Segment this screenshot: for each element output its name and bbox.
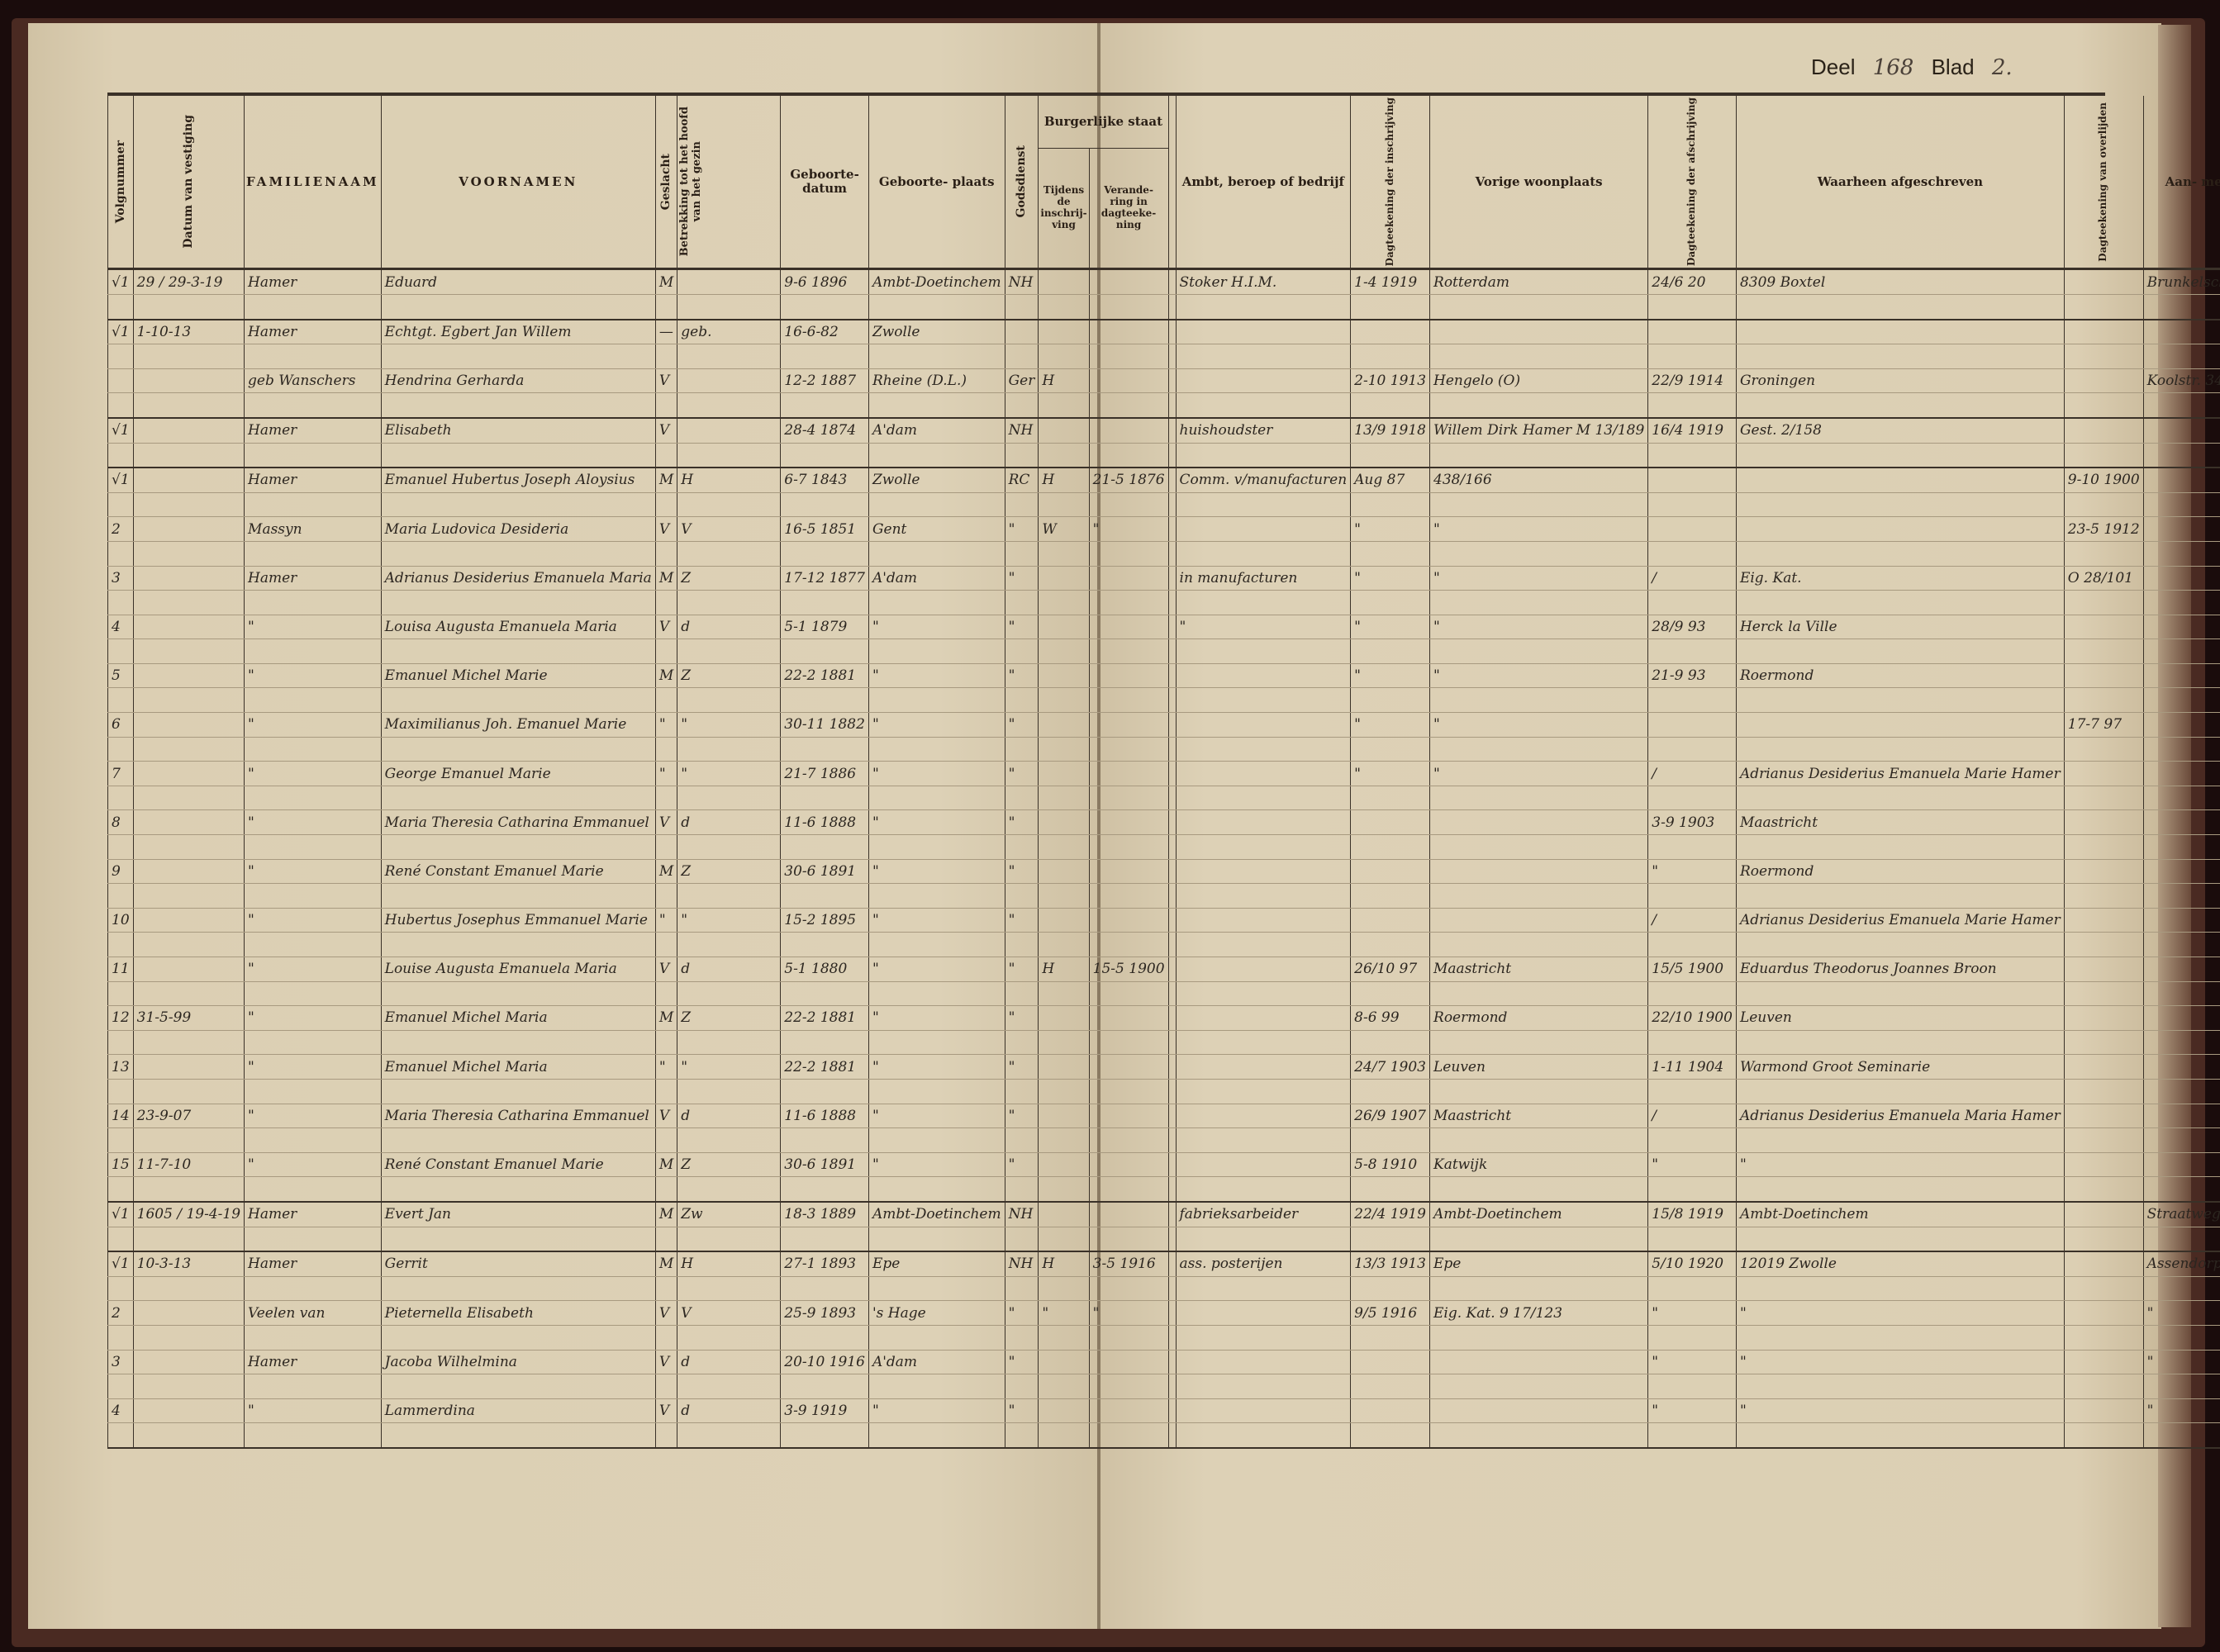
cell-aanmerkingen [2143,737,2220,762]
cell-volgnummer: 8 [108,810,134,835]
entry-row: 4"LammerdinaVd3-9 1919"""""S. 407 20-4-1… [108,1398,2220,1423]
cell-blank [1168,1030,1176,1055]
cell-geboorteplaats [868,443,1005,468]
cell-dagt-inschrijving [1351,541,1430,566]
cell-familienaam [245,541,382,566]
cell-godsdienst: " [1005,566,1039,591]
cell-dagt-overlijden [2064,1030,2143,1055]
cell-betrekking [677,1227,781,1251]
cell-dagt-inschrijving [1351,688,1430,713]
cell-familienaam: Hamer [245,418,382,443]
cell-blank [1168,957,1176,982]
cell-geboorteplaats [868,294,1005,319]
entry-row-cont [108,688,2220,713]
entry-row-cont [108,884,2220,909]
cell-verandering: " [1089,1301,1168,1326]
cell-ambt [1176,957,1351,982]
cell-dagt-overlijden [2064,1202,2143,1227]
cell-ambt [1176,1177,1351,1202]
cell-aanmerkingen: " [2143,1350,2220,1374]
cell-aanmerkingen [2143,859,2220,884]
cell-godsdienst [1005,835,1039,860]
cell-geboorteplaats: " [868,663,1005,688]
cell-aanmerkingen: Assendorper str. 76a [2143,1251,2220,1276]
cell-dagt-afschrijving: 15/8 1919 [1648,1202,1737,1227]
cell-verandering [1089,1276,1168,1301]
population-register-table: Volgnummer Datum van vestiging FAMILIENA… [107,96,2220,1449]
cell-dagt-inschrijving [1351,933,1430,957]
cell-ambt [1176,981,1351,1006]
cell-voornamen: Lammerdina [381,1398,655,1423]
cell-voornamen [381,591,655,615]
cell-tijdens-inschrijving [1039,1079,1089,1104]
cell-geslacht [655,344,677,369]
cell-aanmerkingen [2143,1177,2220,1202]
cell-dagt-inschrijving [1351,1276,1430,1301]
cell-verandering [1089,1227,1168,1251]
cell-geboortedatum: 27-1 1893 [781,1251,869,1276]
cell-dagt-afschrijving [1648,1227,1737,1251]
entry-row-cont [108,393,2220,418]
cell-dagt-overlijden [2064,1374,2143,1399]
cell-blank [1168,294,1176,319]
cell-waarheen: Adrianus Desiderius Emanuela Marie Hamer [1736,762,2064,786]
cell-tijdens-inschrijving [1039,294,1089,319]
cell-ambt [1176,320,1351,344]
cell-geslacht: V [655,1398,677,1423]
cell-dagt-overlijden [2064,1177,2143,1202]
cell-dagt-overlijden [2064,492,2143,517]
cell-ambt [1176,1006,1351,1031]
cell-geboortedatum: 11-6 1888 [781,810,869,835]
cell-volgnummer [108,492,134,517]
cell-betrekking: Zw [677,1202,781,1227]
cell-geboorteplaats: " [868,762,1005,786]
cell-vorige-woonplaats [1430,1276,1648,1301]
cell-geslacht: " [655,713,677,738]
cell-datum-vestiging: 1605 / 19-4-19 [133,1202,244,1227]
cell-volgnummer: 12 [108,1006,134,1031]
cell-verandering [1089,1177,1168,1202]
entry-row-cont: AD Jac. v. Campenstr. 71 Echtg Bak J 1/1… [108,1325,2220,1350]
cell-waarheen: Adrianus Desiderius Emanuela Maria Hamer [1736,1104,2064,1128]
cell-geslacht [655,1325,677,1350]
cell-dagt-afschrijving [1648,713,1737,738]
cell-geslacht [655,1079,677,1104]
cell-dagt-inschrijving [1351,320,1430,344]
cell-geboorteplaats: 's Hage [868,1301,1005,1326]
cell-dagt-inschrijving: 5-8 1910 [1351,1152,1430,1177]
cell-tijdens-inschrijving: H [1039,468,1089,492]
cell-dagt-overlijden [2064,443,2143,468]
cell-verandering [1089,443,1168,468]
cell-geboorteplaats: Zwolle [868,468,1005,492]
cell-betrekking: V [677,1301,781,1326]
cell-vorige-woonplaats: " [1430,663,1648,688]
cell-geslacht: M [655,566,677,591]
cell-datum-vestiging [133,762,244,786]
cell-dagt-overlijden [2064,1325,2143,1350]
cell-betrekking [677,368,781,393]
cell-betrekking [677,1128,781,1153]
cell-familienaam: " [245,957,382,982]
cell-dagt-overlijden [2064,541,2143,566]
cell-familienaam: " [245,1104,382,1128]
cell-dagt-inschrijving [1351,591,1430,615]
cell-verandering [1089,663,1168,688]
cell-dagt-afschrijving [1648,294,1737,319]
cell-dagt-afschrijving: / [1648,1104,1737,1128]
cell-volgnummer [108,1177,134,1202]
cell-betrekking [677,541,781,566]
cell-datum-vestiging [133,517,244,542]
cell-betrekking: Z [677,663,781,688]
cell-datum-vestiging: 1-10-13 [133,320,244,344]
cell-dagt-inschrijving [1351,1350,1430,1374]
cell-blank [1168,418,1176,443]
cell-volgnummer: √1 [108,269,134,295]
cell-tijdens-inschrijving [1039,1276,1089,1301]
cell-waarheen: Adrianus Desiderius Emanuela Marie Hamer [1736,908,2064,933]
cell-verandering [1089,688,1168,713]
cell-verandering [1089,1374,1168,1399]
cell-vorige-woonplaats: Katwijk [1430,1152,1648,1177]
cell-dagt-overlijden: 9-10 1900 [2064,468,2143,492]
cell-dagt-overlijden [2064,859,2143,884]
cell-verandering [1089,418,1168,443]
cell-blank [1168,688,1176,713]
cell-geboortedatum: 30-6 1891 [781,859,869,884]
cell-verandering [1089,835,1168,860]
cell-volgnummer: 14 [108,1104,134,1128]
cell-geboortedatum: 5-1 1880 [781,957,869,982]
cell-aanmerkingen [2143,762,2220,786]
cell-dagt-overlijden [2064,1398,2143,1423]
cell-godsdienst: " [1005,810,1039,835]
cell-betrekking: Z [677,1152,781,1177]
cell-volgnummer: 11 [108,957,134,982]
cell-geboortedatum: 28-4 1874 [781,418,869,443]
cell-godsdienst: " [1005,1398,1039,1423]
cell-tijdens-inschrijving: H [1039,1251,1089,1276]
cell-ambt: fabrieksarbeider [1176,1202,1351,1227]
cell-verandering [1089,566,1168,591]
cell-godsdienst: " [1005,957,1039,982]
cell-tijdens-inschrijving: " [1039,1301,1089,1326]
cell-dagt-inschrijving [1351,1325,1430,1350]
cell-betrekking [677,418,781,443]
col-dagt-overlijden: Dagteekening van overlijden [2064,96,2143,269]
cell-betrekking: " [677,762,781,786]
cell-dagt-inschrijving [1351,443,1430,468]
cell-waarheen: Eduardus Theodorus Joannes Broon [1736,957,2064,982]
cell-volgnummer: 5 [108,663,134,688]
cell-blank [1168,786,1176,810]
cell-datum-vestiging [133,1177,244,1202]
cell-betrekking: " [677,713,781,738]
entry-row: 1511-7-10"René Constant Emanuel MarieMZ3… [108,1152,2220,1177]
cell-voornamen: Emanuel Michel Maria [381,1055,655,1080]
cell-geboorteplaats [868,1030,1005,1055]
cell-verandering [1089,615,1168,639]
cell-datum-vestiging [133,908,244,933]
cell-vorige-woonplaats [1430,933,1648,957]
cell-geboorteplaats: Gent [868,517,1005,542]
cell-geboorteplaats: " [868,1152,1005,1177]
cell-geboorteplaats [868,1079,1005,1104]
cell-geslacht: V [655,517,677,542]
cell-voornamen: Maria Ludovica Desideria [381,517,655,542]
cell-godsdienst [1005,393,1039,418]
cell-tijdens-inschrijving [1039,320,1089,344]
cell-godsdienst: " [1005,663,1039,688]
cell-voornamen: Hendrina Gerharda [381,368,655,393]
cell-vorige-woonplaats [1430,541,1648,566]
cell-ambt [1176,933,1351,957]
cell-ambt [1176,810,1351,835]
cell-voornamen: Adrianus Desiderius Emanuela Maria [381,566,655,591]
cell-aanmerkingen [2143,517,2220,542]
cell-dagt-overlijden [2064,957,2143,982]
cell-tijdens-inschrijving [1039,1006,1089,1031]
cell-dagt-afschrijving [1648,468,1737,492]
cell-dagt-overlijden [2064,1276,2143,1301]
cell-godsdienst [1005,1079,1039,1104]
cell-dagt-afschrijving: 22/9 1914 [1648,368,1737,393]
cell-waarheen [1736,492,2064,517]
cell-geboorteplaats: " [868,859,1005,884]
cell-waarheen [1736,541,2064,566]
cell-dagt-inschrijving: 13/3 1913 [1351,1251,1430,1276]
cell-waarheen: Warmond Groot Seminarie [1736,1055,2064,1080]
cell-volgnummer [108,393,134,418]
deel-label: Deel [1811,55,1855,79]
cell-dagt-inschrijving [1351,884,1430,909]
cell-waarheen [1736,294,2064,319]
cell-vorige-woonplaats: Roermond [1430,1006,1648,1031]
cell-datum-vestiging [133,957,244,982]
cell-verandering [1089,1398,1168,1423]
cell-vorige-woonplaats [1430,1030,1648,1055]
cell-voornamen: Louisa Augusta Emanuela Maria [381,615,655,639]
cell-waarheen [1736,468,2064,492]
cell-voornamen: Jacoba Wilhelmina [381,1350,655,1374]
cell-voornamen [381,492,655,517]
cell-ambt [1176,1128,1351,1153]
cell-geslacht [655,639,677,664]
cell-aanmerkingen [2143,566,2220,591]
cell-geboortedatum: 22-2 1881 [781,1006,869,1031]
cell-aanmerkingen: " [2143,1398,2220,1423]
cell-datum-vestiging [133,615,244,639]
entry-row-cont [108,1374,2220,1399]
cell-voornamen [381,1227,655,1251]
cell-dagt-overlijden [2064,320,2143,344]
cell-volgnummer: 9 [108,859,134,884]
cell-voornamen: Elisabeth [381,418,655,443]
cell-familienaam: Hamer [245,566,382,591]
cell-dagt-afschrijving: 24/6 20 [1648,269,1737,295]
cell-tijdens-inschrijving [1039,418,1089,443]
cell-vorige-woonplaats: " [1430,615,1648,639]
cell-vorige-woonplaats: Maastricht [1430,957,1648,982]
cell-volgnummer [108,541,134,566]
cell-ambt [1176,639,1351,664]
entry-row: 10"Hubertus Josephus Emmanuel Marie""15-… [108,908,2220,933]
cell-geboorteplaats: " [868,810,1005,835]
cell-dagt-overlijden [2064,1104,2143,1128]
cell-godsdienst [1005,492,1039,517]
cell-geboortedatum: 30-6 1891 [781,1152,869,1177]
cell-ambt [1176,1350,1351,1374]
cell-betrekking [677,1374,781,1399]
cell-geboorteplaats [868,1128,1005,1153]
cell-waarheen [1736,1079,2064,1104]
cell-blank [1168,810,1176,835]
cell-volgnummer: 13 [108,1055,134,1080]
cell-geboortedatum [781,1128,869,1153]
cell-dagt-afschrijving: 5/10 1920 [1648,1251,1737,1276]
cell-waarheen: 8309 Boxtel [1736,269,2064,295]
cell-tijdens-inschrijving [1039,1177,1089,1202]
cell-dagt-inschrijving: " [1351,615,1430,639]
cell-geboortedatum [781,344,869,369]
cell-dagt-afschrijving: 28/9 93 [1648,615,1737,639]
cell-volgnummer [108,737,134,762]
cell-geboorteplaats [868,1177,1005,1202]
cell-dagt-inschrijving [1351,786,1430,810]
cell-tijdens-inschrijving [1039,663,1089,688]
cell-familienaam: " [245,615,382,639]
cell-familienaam [245,737,382,762]
cell-familienaam [245,981,382,1006]
cell-verandering [1089,1325,1168,1350]
entry-row: 3HamerJacoba WilhelminaVd20-10 1916A'dam… [108,1350,2220,1374]
cell-blank [1168,393,1176,418]
cell-aanmerkingen [2143,933,2220,957]
cell-godsdienst: NH [1005,269,1039,295]
cell-geboortedatum: 3-9 1919 [781,1398,869,1423]
cell-familienaam [245,1325,382,1350]
cell-dagt-afschrijving [1648,1079,1737,1104]
cell-geboorteplaats: A'dam [868,418,1005,443]
cell-aanmerkingen [2143,835,2220,860]
cell-tijdens-inschrijving [1039,933,1089,957]
cell-geboortedatum [781,981,869,1006]
cell-voornamen [381,1374,655,1399]
cell-dagt-overlijden [2064,591,2143,615]
cell-godsdienst [1005,639,1039,664]
cell-vorige-woonplaats [1430,688,1648,713]
cell-datum-vestiging [133,835,244,860]
cell-waarheen: " [1736,1350,2064,1374]
entry-row: 2MassynMaria Ludovica DesideriaVV16-5 18… [108,517,2220,542]
cell-tijdens-inschrijving [1039,1030,1089,1055]
cell-waarheen [1736,981,2064,1006]
cell-ambt: ass. posterijen [1176,1251,1351,1276]
cell-geslacht [655,1276,677,1301]
cell-vorige-woonplaats [1430,1227,1648,1251]
cell-datum-vestiging [133,344,244,369]
cell-datum-vestiging [133,981,244,1006]
entry-row: 9"René Constant Emanuel MarieMZ30-6 1891… [108,859,2220,884]
cell-familienaam [245,688,382,713]
cell-ambt: Stoker H.I.M. [1176,269,1351,295]
cell-verandering [1089,1006,1168,1031]
cell-blank [1168,517,1176,542]
cell-voornamen [381,1079,655,1104]
cell-geslacht [655,884,677,909]
cell-godsdienst: " [1005,1350,1039,1374]
cell-godsdienst: " [1005,1055,1039,1080]
cell-ambt [1176,1398,1351,1423]
cell-volgnummer [108,294,134,319]
cell-dagt-overlijden [2064,1079,2143,1104]
cell-vorige-woonplaats [1430,344,1648,369]
cell-godsdienst [1005,1423,1039,1448]
entry-row: √11-10-13HamerEchtgt. Egbert Jan Willem—… [108,320,2220,344]
cell-geboortedatum: 6-7 1843 [781,468,869,492]
col-aanmerkingen: Aan- merkingen [2143,96,2220,269]
cell-voornamen [381,443,655,468]
cell-dagt-inschrijving: " [1351,762,1430,786]
cell-geboorteplaats: " [868,615,1005,639]
cell-waarheen: Herck la Ville [1736,615,2064,639]
cell-vorige-woonplaats [1430,786,1648,810]
deel-value: 168 [1873,55,1914,80]
cell-dagt-overlijden [2064,639,2143,664]
cell-datum-vestiging [133,368,244,393]
cell-tijdens-inschrijving: W [1039,517,1089,542]
cell-geboortedatum: 16-6-82 [781,320,869,344]
cell-dagt-afschrijving [1648,786,1737,810]
col-ambt: Ambt, beroep of bedrijf [1176,96,1351,269]
cell-waarheen [1736,884,2064,909]
cell-vorige-woonplaats [1430,443,1648,468]
cell-blank [1168,1301,1176,1326]
cell-geslacht [655,1128,677,1153]
cell-dagt-afschrijving: 21-9 93 [1648,663,1737,688]
cell-godsdienst: " [1005,762,1039,786]
cell-datum-vestiging [133,1350,244,1374]
cell-dagt-overlijden [2064,835,2143,860]
cell-vorige-woonplaats: " [1430,566,1648,591]
cell-betrekking: geb. [677,320,781,344]
cell-waarheen [1736,443,2064,468]
cell-geboorteplaats: " [868,957,1005,982]
cell-volgnummer [108,1079,134,1104]
cell-geslacht: V [655,368,677,393]
cell-aanmerkingen [2143,1055,2220,1080]
cell-dagt-inschrijving [1351,294,1430,319]
cell-blank [1168,1423,1176,1448]
cell-datum-vestiging [133,933,244,957]
cell-geslacht: M [655,1006,677,1031]
cell-blank [1168,492,1176,517]
cell-vorige-woonplaats [1430,639,1648,664]
cell-datum-vestiging [133,737,244,762]
cell-betrekking [677,443,781,468]
cell-geslacht [655,492,677,517]
cell-datum-vestiging [133,1055,244,1080]
cell-geboorteplaats [868,1423,1005,1448]
cell-waarheen: Ambt-Doetinchem [1736,1202,2064,1227]
cell-aanmerkingen [2143,320,2220,344]
cell-geboortedatum [781,1177,869,1202]
cell-voornamen: Pieternella Elisabeth [381,1301,655,1326]
cell-geboorteplaats [868,884,1005,909]
entry-row-cont [108,639,2220,664]
